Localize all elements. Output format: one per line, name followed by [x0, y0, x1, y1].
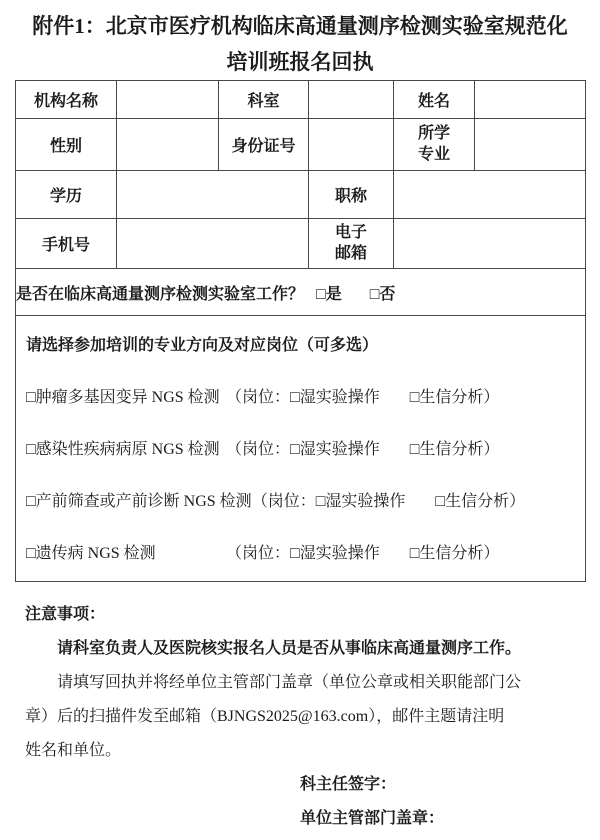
- input-id-number[interactable]: [309, 119, 394, 171]
- notes-paragraph-line2: 章）后的扫描件发至邮箱（BJNGS2025@163.com），邮件主题请注明: [25, 700, 575, 734]
- training-option-infectious: □感染性疾病病原 NGS 检测（岗位：□湿实验操作□生信分析）: [26, 440, 585, 460]
- wet-lab-label: 湿实验操作: [325, 493, 405, 510]
- table-row: 学历 职称: [16, 171, 586, 219]
- position-suffix: ）: [483, 389, 499, 406]
- wet-lab-label: 湿实验操作: [300, 441, 380, 458]
- label-mobile: 手机号: [16, 219, 117, 269]
- label-major: 所学专业: [394, 119, 475, 171]
- yes-label: 是: [326, 286, 342, 303]
- position-prefix: （岗位：: [252, 493, 316, 510]
- input-gender[interactable]: [117, 119, 219, 171]
- checkbox-prenatal-ngs[interactable]: □: [26, 493, 36, 510]
- work-question-text: 是否在临床高通量测序检测实验室工作？: [16, 286, 304, 303]
- input-mobile[interactable]: [117, 219, 309, 269]
- label-institution-name: 机构名称: [16, 81, 117, 119]
- checkbox-tumor-bioinfo[interactable]: □: [410, 389, 420, 406]
- input-institution-name[interactable]: [117, 81, 219, 119]
- label-email: 电子邮箱: [309, 219, 394, 269]
- input-major[interactable]: [475, 119, 586, 171]
- notes-paragraph-line1: 请填写回执并将经单位主管部门盖章（单位公章或相关职能部门公: [25, 666, 575, 700]
- checkbox-genetic-wet-lab[interactable]: □: [290, 545, 300, 562]
- label-gender: 性别: [16, 119, 117, 171]
- notes-section: 注意事项： 请科室负责人及医院核实报名人员是否从事临床高通量测序工作。 请填写回…: [25, 598, 575, 836]
- bioinfo-label: 生信分析: [419, 441, 483, 458]
- option-label-prenatal: 产前筛查或产前诊断 NGS 检测: [36, 493, 252, 510]
- checkbox-prenatal-bioinfo[interactable]: □: [435, 493, 445, 510]
- wet-lab-label: 湿实验操作: [300, 545, 380, 562]
- label-name: 姓名: [394, 81, 475, 119]
- notes-verify-line: 请科室负责人及医院核实报名人员是否从事临床高通量测序工作。: [25, 632, 575, 666]
- input-education[interactable]: [117, 171, 309, 219]
- position-suffix: ）: [509, 493, 525, 510]
- input-professional-title[interactable]: [394, 171, 586, 219]
- training-option-genetic: □遗传病 NGS 检测（岗位：□湿实验操作□生信分析）: [26, 544, 585, 564]
- label-department: 科室: [219, 81, 309, 119]
- table-row: 请选择参加培训的专业方向及对应岗位（可多选） □肿瘤多基因变异 NGS 检测（岗…: [16, 316, 586, 582]
- label-email-text: 电子邮箱: [333, 223, 368, 265]
- checkbox-tumor-wet-lab[interactable]: □: [290, 389, 300, 406]
- checkbox-prenatal-wet-lab[interactable]: □: [316, 493, 326, 510]
- work-question-row: 是否在临床高通量测序检测实验室工作？□是□否: [16, 269, 586, 316]
- table-row: 手机号 电子邮箱: [16, 219, 586, 269]
- table-row: 性别 身份证号 所学专业: [16, 119, 586, 171]
- training-option-tumor: □肿瘤多基因变异 NGS 检测（岗位：□湿实验操作□生信分析）: [26, 388, 585, 408]
- signature-department-stamp-line: 单位主管部门盖章：: [25, 802, 575, 836]
- table-row: 是否在临床高通量测序检测实验室工作？□是□否: [16, 269, 586, 316]
- position-prefix: （岗位：: [226, 545, 290, 562]
- position-prefix: （岗位：: [226, 441, 290, 458]
- notes-paragraph-line3: 姓名和单位。: [25, 734, 575, 768]
- position-suffix: ）: [483, 441, 499, 458]
- option-label-genetic: 遗传病 NGS 检测: [36, 545, 156, 562]
- table-row: 机构名称 科室 姓名: [16, 81, 586, 119]
- wet-lab-label: 湿实验操作: [300, 389, 380, 406]
- notes-heading: 注意事项：: [25, 598, 575, 632]
- document-title: 附件1：北京市医疗机构临床高通量测序检测实验室规范化 培训班报名回执: [0, 0, 600, 80]
- no-label: 否: [379, 286, 395, 303]
- input-department[interactable]: [309, 81, 394, 119]
- checkbox-yes[interactable]: □: [316, 286, 326, 303]
- bioinfo-label: 生信分析: [445, 493, 509, 510]
- document-page: 附件1：北京市医疗机构临床高通量测序检测实验室规范化 培训班报名回执 机构名称 …: [0, 0, 600, 840]
- label-professional-title: 职称: [309, 171, 394, 219]
- training-option-prenatal: □产前筛查或产前诊断 NGS 检测（岗位：□湿实验操作□生信分析）: [26, 492, 585, 512]
- checkbox-infectious-ngs[interactable]: □: [26, 441, 36, 458]
- input-email[interactable]: [394, 219, 586, 269]
- document-title-line2: 培训班报名回执: [0, 44, 600, 80]
- position-suffix: ）: [483, 545, 499, 562]
- bioinfo-label: 生信分析: [419, 545, 483, 562]
- label-education: 学历: [16, 171, 117, 219]
- option-label-infectious: 感染性疾病病原 NGS 检测: [36, 441, 220, 458]
- bioinfo-label: 生信分析: [419, 389, 483, 406]
- input-name[interactable]: [475, 81, 586, 119]
- document-title-line1: 附件1：北京市医疗机构临床高通量测序检测实验室规范化: [0, 8, 600, 44]
- checkbox-genetic-ngs[interactable]: □: [26, 545, 36, 562]
- checkbox-tumor-ngs[interactable]: □: [26, 389, 36, 406]
- direction-heading: 请选择参加培训的专业方向及对应岗位（可多选）: [26, 336, 585, 356]
- checkbox-no[interactable]: □: [370, 286, 380, 303]
- position-prefix: （岗位：: [226, 389, 290, 406]
- signature-director-line: 科主任签字：: [25, 768, 575, 802]
- checkbox-infectious-wet-lab[interactable]: □: [290, 441, 300, 458]
- checkbox-genetic-bioinfo[interactable]: □: [410, 545, 420, 562]
- label-id-number: 身份证号: [219, 119, 309, 171]
- label-major-text: 所学专业: [416, 124, 451, 166]
- checkbox-infectious-bioinfo[interactable]: □: [410, 441, 420, 458]
- registration-form-table: 机构名称 科室 姓名 性别 身份证号 所学专业 学历 职称 手机号 电子邮箱: [15, 80, 586, 582]
- training-options-cell: 请选择参加培训的专业方向及对应岗位（可多选） □肿瘤多基因变异 NGS 检测（岗…: [16, 316, 586, 582]
- option-label-tumor: 肿瘤多基因变异 NGS 检测: [36, 389, 220, 406]
